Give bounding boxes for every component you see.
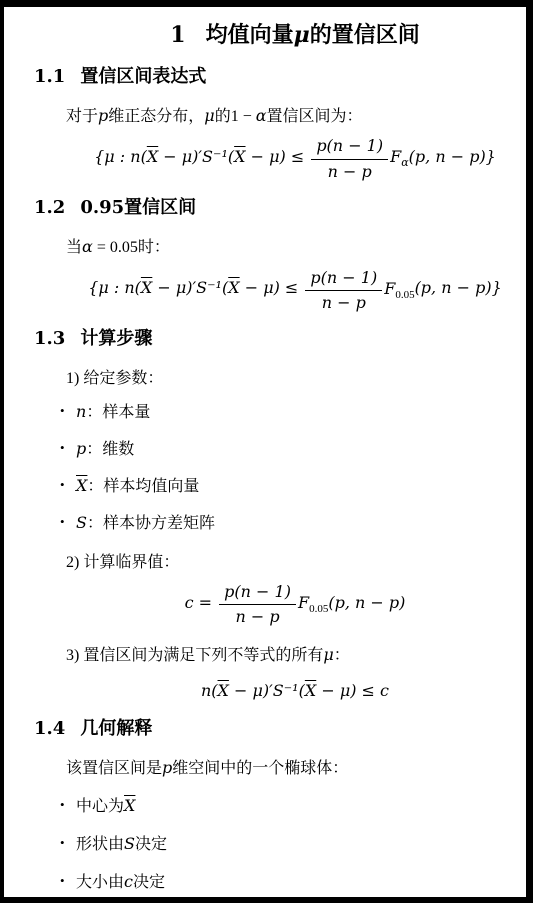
f-subscript: α (401, 156, 408, 169)
page-border: 1均值向量μ的置信区间 1.1置信区间表达式 对于p维正态分布，μ的1 − α置… (0, 0, 533, 903)
formula-critical-value: c = p(n − 1)n − pF0.05(p, n − p) (30, 582, 526, 626)
paragraph-intro-1-2: 当α = 0.05时： (66, 237, 526, 257)
formula-lhs: {μ : n(X − μ)′S⁻¹(X − μ) ≤ (94, 149, 309, 166)
list-item-shape: 形状由S决定 (76, 834, 526, 855)
list-item-text: 大小由c决定 (76, 874, 165, 891)
list-item-p: p：维数 (76, 439, 526, 460)
fraction: p(n − 1)n − p (219, 582, 296, 626)
formula-confidence-region-alpha: {μ : n(X − μ)′S⁻¹(X − μ) ≤ p(n − 1)n − p… (30, 136, 526, 180)
paragraph-intro-1-1: 对于p维正态分布，μ的1 − α置信区间为： (66, 106, 526, 126)
section-number: 1.1 (34, 66, 65, 87)
formula-tail: (p, n − p) (328, 595, 405, 612)
list-item-xbar: X：样本均值向量 (76, 476, 526, 497)
fraction: p(n − 1)n − p (311, 136, 388, 180)
step-1-label: 1) 给定参数： (66, 369, 526, 388)
formula-lhs: {μ : n(X − μ)′S⁻¹(X − μ) ≤ (88, 280, 303, 297)
list-item-s: S：样本协方差矩阵 (76, 513, 526, 534)
list-item-text: 中心为X (76, 798, 135, 815)
f-statistic-symbol: F (384, 278, 395, 297)
section-title-text: 几何解释 (80, 718, 152, 738)
f-subscript: 0.05 (309, 603, 328, 615)
section-number: 1.4 (34, 718, 65, 739)
fraction-numerator: p(n − 1) (305, 268, 382, 290)
list-item-text: n：样本量 (76, 404, 150, 421)
section-heading-1-4: 1.4几何解释 (34, 718, 526, 740)
fraction-denominator: n − p (219, 604, 296, 626)
fraction-denominator: n − p (305, 290, 382, 312)
fraction-denominator: n − p (311, 159, 388, 181)
list-item-text: S：样本协方差矩阵 (76, 515, 215, 532)
list-item-text: 形状由S决定 (76, 836, 167, 853)
step-3-label: 3) 置信区间为满足下列不等式的所有μ： (66, 645, 526, 665)
fraction-numerator: p(n − 1) (219, 582, 296, 604)
section-heading-1-1: 1.1置信区间表达式 (34, 66, 526, 88)
f-statistic-symbol: F (390, 147, 401, 166)
f-statistic-symbol: F (298, 593, 309, 612)
list-item-center: 中心为X (76, 796, 526, 817)
section-number: 1.2 (34, 197, 65, 218)
formula-inequality: n(X − μ)′S⁻¹(X − μ) ≤ c (30, 681, 526, 701)
list-item-size: 大小由c决定 (76, 872, 526, 893)
document-title: 1均值向量μ的置信区间 (30, 21, 526, 50)
document-page: 1均值向量μ的置信区间 1.1置信区间表达式 对于p维正态分布，μ的1 − α置… (4, 7, 526, 897)
step-2-label: 2) 计算临界值： (66, 553, 526, 572)
fraction-numerator: p(n − 1) (311, 136, 388, 158)
parameter-list: n：样本量 p：维数 X：样本均值向量 S：样本协方差矩阵 (30, 402, 526, 534)
section-title-text: 置信区间表达式 (80, 66, 206, 86)
paragraph-intro-1-4: 该置信区间是p维空间中的一个椭球体： (66, 758, 526, 778)
fraction: p(n − 1)n − p (305, 268, 382, 312)
list-item-text: p：维数 (76, 441, 134, 458)
list-item-text: X：样本均值向量 (76, 478, 199, 495)
list-item-n: n：样本量 (76, 402, 526, 423)
section-title-text: 计算步骤 (80, 328, 152, 348)
f-subscript: 0.05 (395, 289, 414, 301)
section-title-text: 0.95置信区间 (80, 197, 196, 217)
section-heading-1-3: 1.3计算步骤 (34, 328, 526, 350)
formula-tail: (p, n − p)} (409, 149, 496, 166)
formula-lhs: c = (185, 595, 218, 612)
geometry-list: 中心为X 形状由S决定 大小由c决定 (30, 796, 526, 893)
formula-tail: (p, n − p)} (415, 280, 502, 297)
section-number: 1.3 (34, 328, 65, 349)
formula-confidence-region-005: {μ : n(X − μ)′S⁻¹(X − μ) ≤ p(n − 1)n − p… (30, 268, 526, 312)
section-heading-1-2: 1.20.95置信区间 (34, 197, 526, 219)
